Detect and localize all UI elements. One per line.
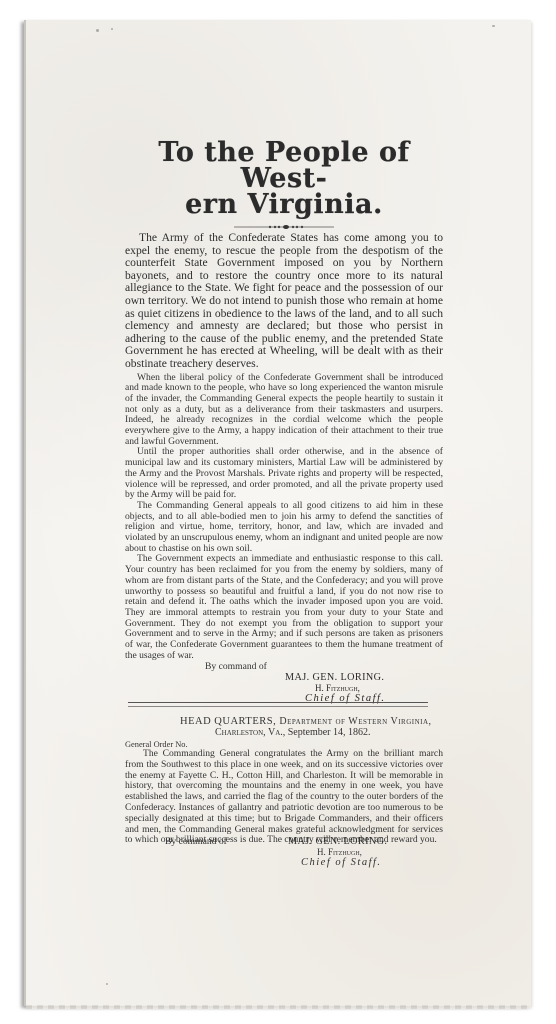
hq-heading-text: HEAD QUARTERS, <box>180 716 276 727</box>
general-order-body: The Commanding General congratulates the… <box>125 749 443 846</box>
hq-location: Charleston, Va., <box>215 727 285 738</box>
signature-block-2: By command of MAJ. GEN. LORING. H. Fitzh… <box>125 836 443 872</box>
general-name: MAJ. GEN. LORING. <box>285 672 384 683</box>
staff-title-2: Chief of Staff. <box>301 857 382 868</box>
title-line-2: ern Virginia. <box>185 189 383 220</box>
by-command-label: By command of <box>205 662 443 673</box>
hq-department: Department of Western Virginia, <box>279 716 431 727</box>
body-paragraph: The Commanding General appeals to all go… <box>125 501 443 555</box>
general-order: HEAD QUARTERS, Department of Western Vir… <box>125 716 443 872</box>
lead-paragraph: The Army of the Confederate States has c… <box>125 232 443 371</box>
hq-location-date: Charleston, Va., September 14, 1862. <box>215 727 443 738</box>
foxing-spot <box>492 25 495 27</box>
proclamation: To the People of West- ern Virginia. The… <box>125 140 443 706</box>
general-name-2: MAJ. GEN. LORING. <box>288 836 387 847</box>
foxing-spot <box>106 983 108 985</box>
staff-name: H. Fitzhugh, <box>315 683 360 693</box>
hq-date: September 14, 1862. <box>288 727 371 738</box>
hq-heading: HEAD QUARTERS, Department of Western Vir… <box>180 716 443 727</box>
body-paragraph: The Government expects an immediate and … <box>125 554 443 661</box>
ornament-rule-icon <box>234 224 334 230</box>
title-line-1: To the People of West- <box>158 137 409 194</box>
body-paragraph: When the liberal policy of the Confedera… <box>125 373 443 448</box>
body-paragraph: Until the proper authorities shall order… <box>125 447 443 501</box>
section-divider <box>128 702 428 707</box>
foxing-spot <box>111 28 113 30</box>
foxing-spot <box>96 29 99 32</box>
proclamation-title: To the People of West- ern Virginia. <box>125 140 443 218</box>
staff-name-2: H. Fitzhugh, <box>317 847 362 857</box>
by-command-label-2: By command of <box>165 836 227 847</box>
